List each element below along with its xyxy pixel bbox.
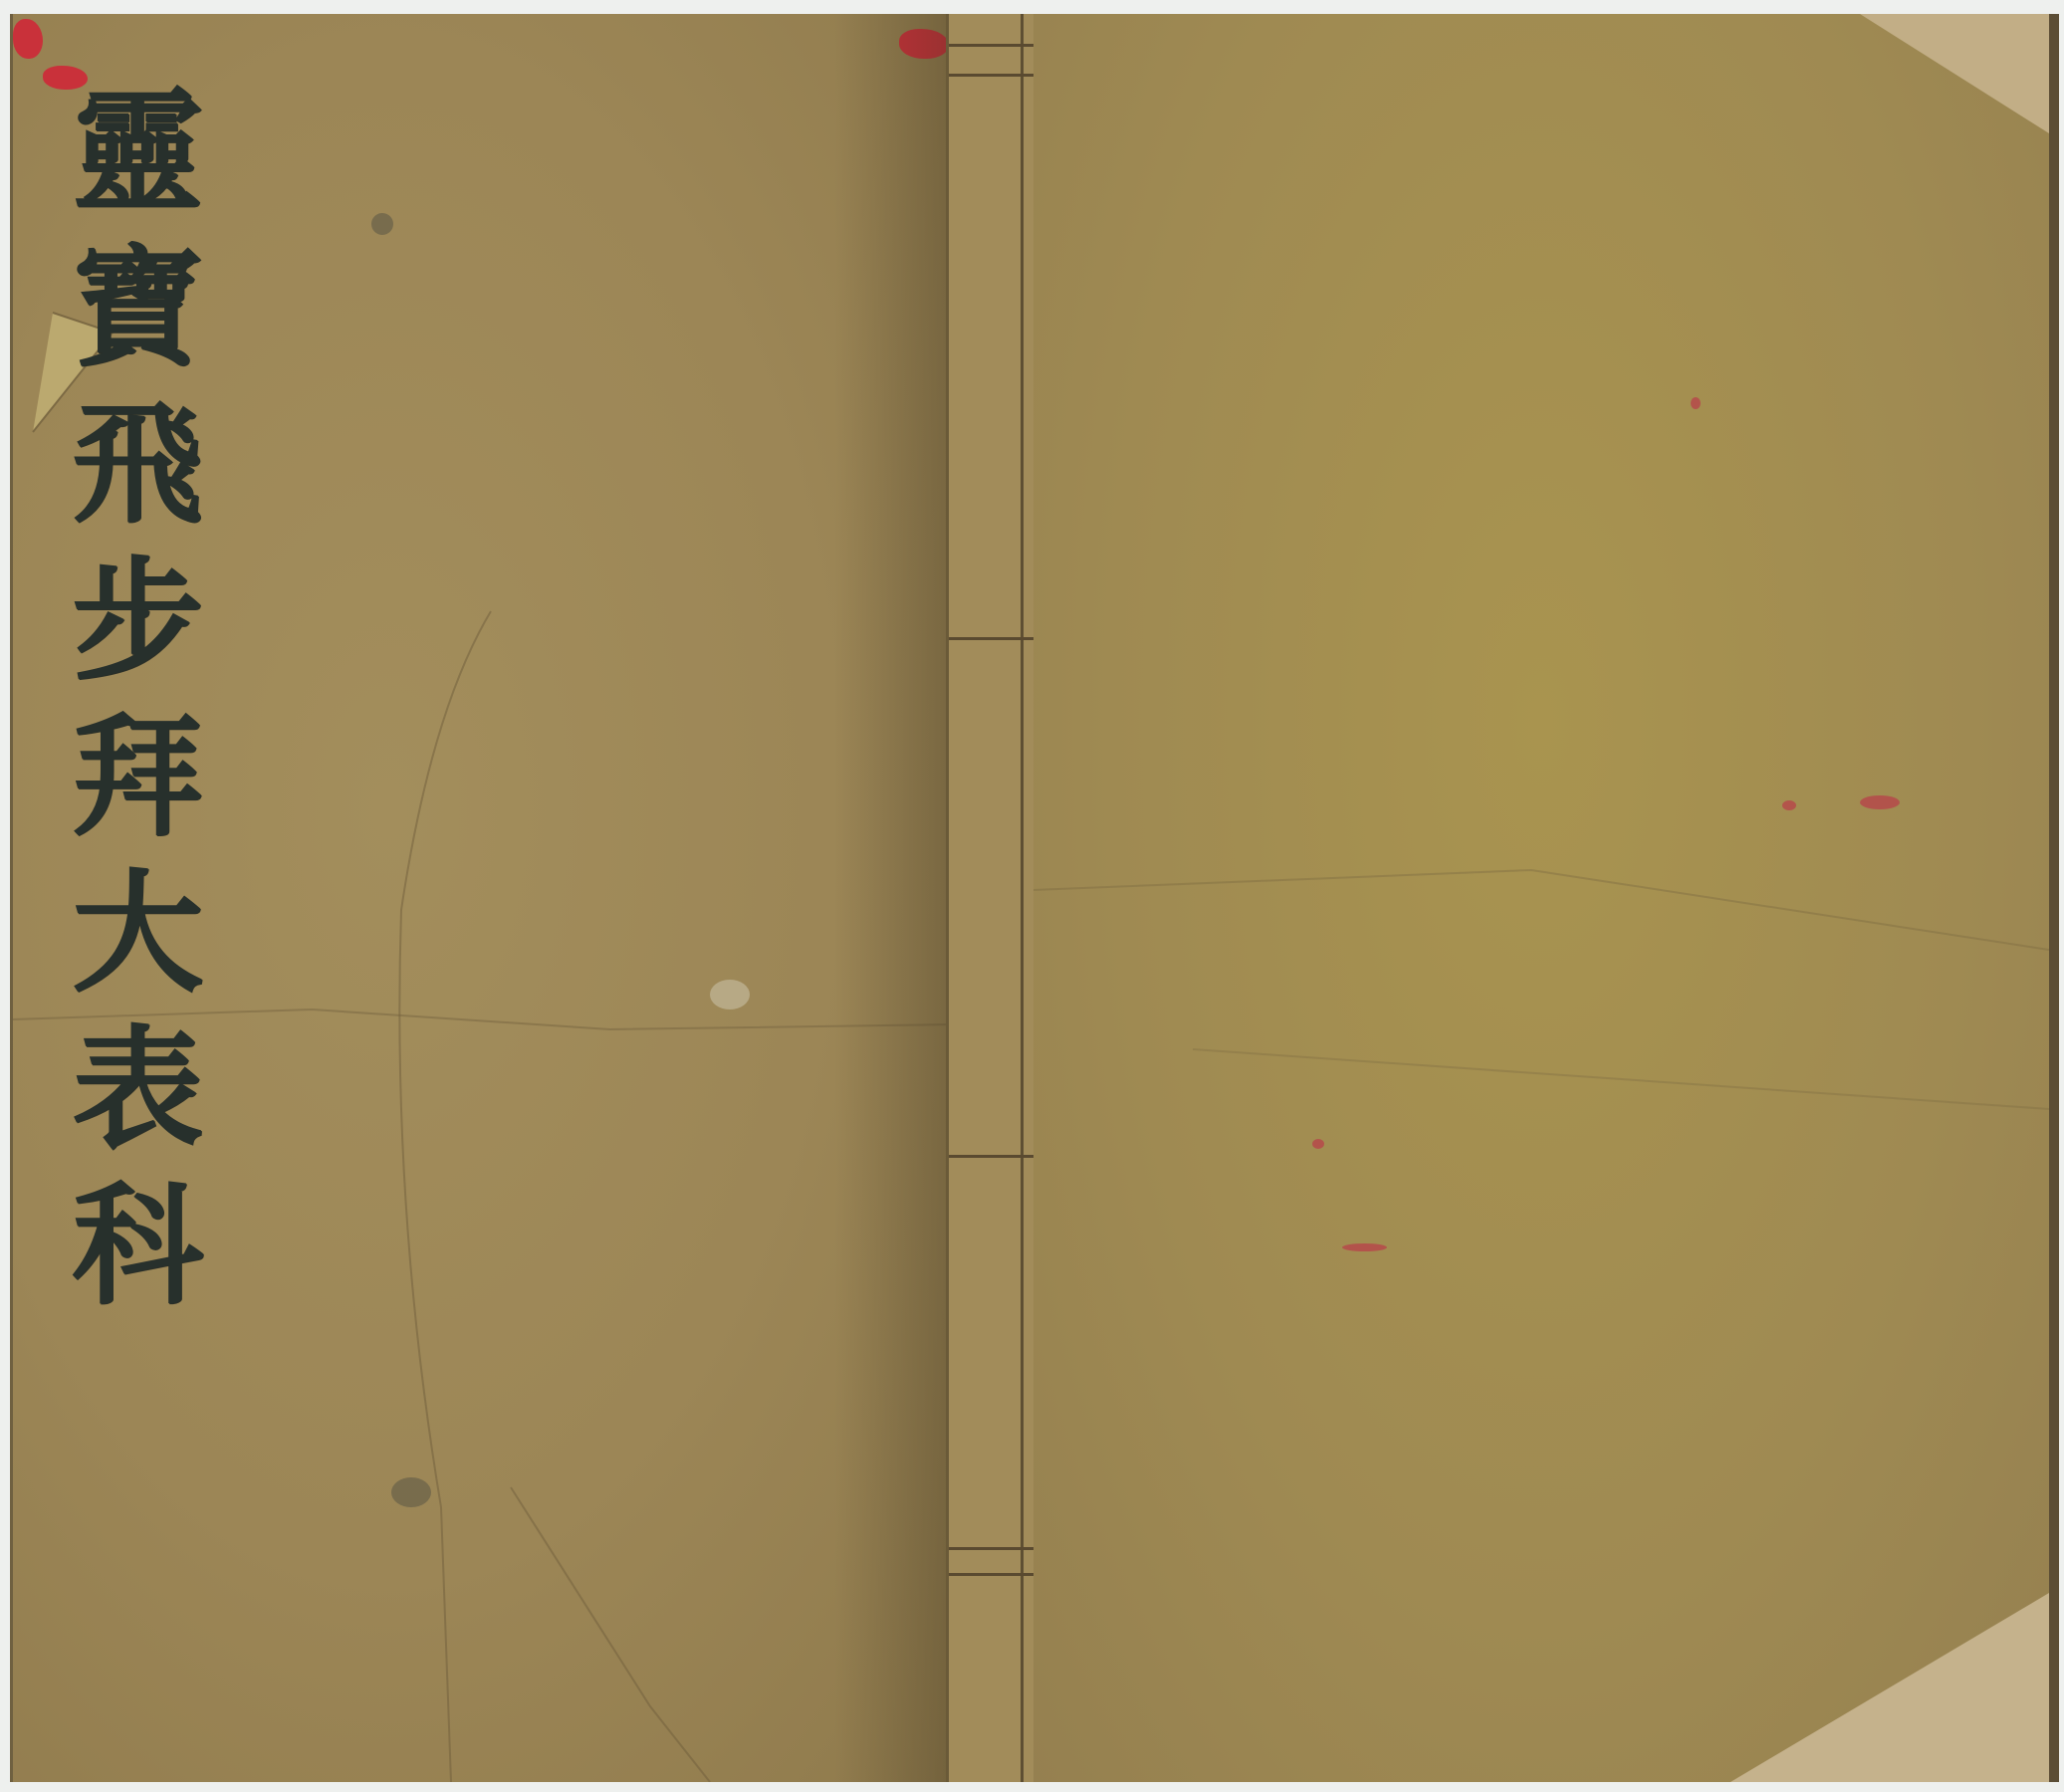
stain (391, 1477, 431, 1507)
binding-stitch (949, 1573, 1033, 1576)
red-ink-spot (1860, 795, 1900, 809)
book-spine-binding (946, 14, 1036, 1782)
title-char: 寶 (72, 230, 203, 386)
binding-stitch (949, 1155, 1033, 1158)
title-char: 科 (72, 1168, 203, 1324)
title-char: 大 (72, 855, 203, 1011)
title-char: 步 (72, 543, 203, 699)
binding-thread (1021, 14, 1024, 1782)
title-char: 靈 (72, 74, 203, 230)
red-ink-spot (1342, 1243, 1387, 1251)
red-seal-mark-top (13, 19, 43, 59)
binding-stitch (949, 44, 1033, 47)
red-seal-mark-right (899, 29, 949, 59)
binding-stitch (949, 1547, 1033, 1550)
stain (371, 213, 393, 235)
title-char: 拜 (72, 699, 203, 855)
page-block-edge (2049, 14, 2059, 1782)
stain (710, 980, 750, 1009)
binding-stitch (949, 637, 1033, 640)
binding-stitch (949, 74, 1033, 77)
red-ink-spot (1312, 1139, 1324, 1149)
worn-corner-bottom (1730, 1593, 2049, 1782)
worn-corner-top (1860, 14, 2049, 133)
paper-cracks (1033, 14, 2049, 1782)
title-char: 表 (72, 1011, 203, 1168)
book-title-label: 靈 寶 飛 步 拜 大 表 科 (53, 74, 222, 1368)
red-ink-spot (1691, 397, 1701, 409)
front-cover-left-panel: 靈 寶 飛 步 拜 大 表 科 (10, 14, 954, 1782)
title-char: 飛 (72, 386, 203, 543)
red-ink-spot (1782, 800, 1796, 810)
back-cover-right-panel (1033, 14, 2049, 1782)
